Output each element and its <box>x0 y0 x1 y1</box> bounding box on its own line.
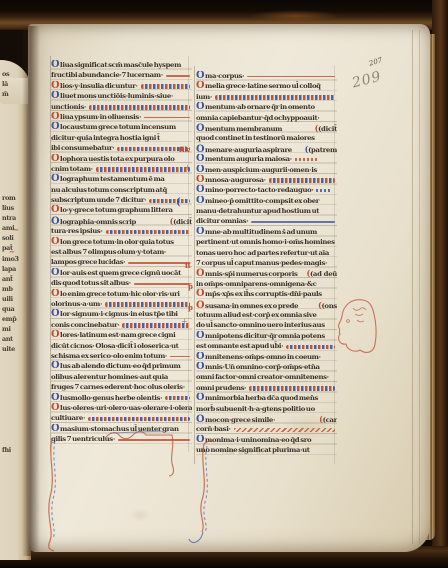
line-filler <box>144 117 190 119</box>
entry-text: mnis·sp̄i numerus corporis <box>205 269 298 278</box>
decorated-initial: O <box>196 301 205 310</box>
decorated-initial: O <box>51 122 60 132</box>
text-line: Omnimorbia herba dc̄a quod men̄s <box>196 393 337 403</box>
text-line: Olocaustum grece totum incensum <box>51 122 192 132</box>
text-line: Olor·auis est quem grece cignū uocāt <box>51 268 192 278</box>
text-line: manu·detrahuntur apud hostium ut <box>196 206 337 216</box>
text-line: Olor·signum·i·cignus·in eius tp̄e tibi <box>51 309 192 319</box>
line-filler <box>295 158 319 161</box>
line-filler <box>96 167 190 172</box>
text-line: Omen·auspicium·augurii·omen·is <box>196 165 337 175</box>
facing-page-text-fragment: ant̄ <box>2 274 26 284</box>
entry-text: 7 corpus ul̄ caput manus·pedes·magis· <box>196 258 327 268</box>
decorated-initial: O <box>196 102 205 112</box>
text-line: Omnitenens·om̄ps·omno in coeum· <box>196 352 337 362</box>
margin-mark: ~ <box>9 248 15 255</box>
entry-text: nu alcuius totum conscriptum atq̄ <box>51 185 167 195</box>
entry-text: dis quod totus sit albus· <box>51 278 131 288</box>
entry-text: omni prudens· <box>196 383 246 393</box>
text-line: dis quod totus sit albus· <box>51 278 192 288</box>
marginal-paraph: ((car <box>319 414 337 424</box>
text-line: Omentum membranum((dicit̄ <box>196 123 337 133</box>
text-line: lampos grece lucidas· <box>51 257 192 267</box>
text-line: Omnis·sp̄i numerus corporis((ad deū <box>196 268 337 278</box>
text-line: do ul̄ sancto·omnino uero interius aus <box>196 320 337 330</box>
text-line: tonas uero hoc ad partes refertur·ut aīa <box>196 248 337 258</box>
line-filler <box>134 283 190 285</box>
text-line: subscriptum unde 7 dicitur· <box>51 195 192 205</box>
entry-text: locaustum grece totum incensum <box>60 122 176 132</box>
entry-text: unctionis· <box>51 102 86 112</box>
entry-text: mentum·ab ornare q̄r in omento <box>205 102 315 112</box>
entry-text: liua significat scm̄ masc̄ule hyspem <box>60 60 181 70</box>
facing-page-text-fragment: fhi <box>2 445 26 455</box>
text-line: tura·res ipsius· <box>51 226 192 236</box>
line-filler <box>122 323 190 328</box>
entry-text: mne·ab multitudinem s̄ ad unum <box>205 227 317 237</box>
entry-text: fructibi abundancie·7 lucernam· <box>51 70 163 80</box>
entry-text: mnis·Un̄ omnino·corp̄·om̄ps·etn̄a <box>205 362 320 372</box>
page-fold-line <box>419 30 420 544</box>
entry-text: lo·y·grece totum graphum littera <box>60 205 173 215</box>
facing-page-text-fragment: mb <box>2 284 26 294</box>
entry-text: mentum membranum <box>205 124 282 133</box>
entry-text: susana·in omnes ex o prede <box>205 301 298 310</box>
entry-text: omnia capiebantur·q̄d ochyppoauit· <box>196 113 319 123</box>
entry-text: dicitur omnias· <box>196 216 248 226</box>
entry-text: conis concinebatur· <box>51 320 119 330</box>
entry-text: mocon·grece simile· <box>205 415 275 424</box>
line-filler <box>105 302 190 307</box>
text-line: Omineo·p̄ omittito·compsit ex ober <box>196 196 337 206</box>
decorated-initial: O <box>51 81 60 91</box>
entry-text: lios·y·insulia dicuntur· <box>60 81 138 91</box>
text-line: cnim totam· <box>51 164 192 174</box>
text-line: Oliua significat scm̄ masc̄ule hyspem <box>51 60 192 70</box>
decorated-initial: O <box>196 165 205 175</box>
decorated-initial: O <box>196 196 205 206</box>
entry-text: cnim totam· <box>51 164 93 174</box>
decorated-initial: O <box>196 185 205 195</box>
facing-page-text-fragment: ntra <box>2 213 26 223</box>
decorated-initial: O <box>51 361 60 371</box>
entry-text: mineo·p̄ omittito·compsit ex ober <box>205 196 319 206</box>
text-line: Omentum·ab ornare q̄r in omento <box>196 102 337 112</box>
margin-mark: p̄ <box>188 283 193 290</box>
entry-text: tura·res ipsius· <box>51 226 103 236</box>
decorated-initial: O <box>196 71 205 81</box>
decorated-initial: O <box>196 352 205 362</box>
text-line: cultiuare· <box>51 413 192 423</box>
text-line: omni prudens· <box>196 383 337 393</box>
entry-text: liuet mons unctiōis·luminis·siue· <box>60 91 173 101</box>
line-filler <box>89 105 190 110</box>
margin-mark: ~ <box>13 226 19 233</box>
facing-page-text-fragment: emp̄ <box>2 314 26 324</box>
text-line: Omp̄s·xp̄s ex ih̄s corruptis·dn̄i·pauls <box>196 289 337 299</box>
text-line: in om̄ps·omniparens·omnigena·&c <box>196 279 337 289</box>
paraph-text: (dicit̄ <box>173 218 192 226</box>
text-line: Oma·corpus· <box>196 71 337 81</box>
decorated-initial: O <box>51 403 60 413</box>
entry-text: omni factor·omni creator·omnitenens· <box>196 372 329 382</box>
entry-text: lusmollo·genus herbe olentis· <box>60 393 162 403</box>
text-line: omni factor·omni creator·omnitenens· <box>196 372 337 382</box>
text-line: Omentum auguria maiosa· <box>196 154 337 164</box>
text-line: Omelia grece·latine sermo ul̄ colloq̄ <box>196 81 337 91</box>
entry-text: manu·detrahuntur apud hostium ut <box>196 206 319 216</box>
decorated-initial: O <box>196 145 205 154</box>
entry-text: dicūt cicnos· Olosa·dicit̄ ī oloserica·u… <box>51 341 179 351</box>
decorated-initial: O <box>51 217 60 226</box>
facing-page-text-fragment: lius <box>2 203 26 213</box>
line-filler <box>128 262 190 264</box>
entry-text: lores·latinum est·nam grece cigni <box>60 330 175 340</box>
facing-page-text-fragment: qua <box>2 304 26 314</box>
entry-text: melia grece·latine sermo ul̄ colloq̄ <box>205 81 321 91</box>
entry-text: mnosa·augurosa· <box>205 175 266 185</box>
line-filler <box>106 230 190 235</box>
decorated-initial: O <box>51 393 60 403</box>
line-filler <box>249 386 335 391</box>
text-line: fructibi abundancie·7 lucernam· <box>51 70 192 80</box>
line-filler <box>166 75 190 77</box>
paraph-text: (patrem <box>308 146 337 154</box>
entry-text: lus ab alendo dictum·eo q̄d primum <box>60 361 180 371</box>
pen-flourish-left-column <box>40 425 180 555</box>
page-fold-line <box>412 30 413 544</box>
text-line: Olus·oleres·uri·olero·uas·olerare·i·oler… <box>51 403 192 413</box>
entry-text: tonas uero hoc ad partes refertur·ut aīa <box>196 248 329 258</box>
text-line: Olon grece totum·in olor quia totus <box>51 237 192 247</box>
text-line: corn̄·basi· <box>196 424 337 434</box>
line-filler <box>165 396 190 401</box>
text-line: Olusmollo·genus herbe olentis· <box>51 393 192 403</box>
decorated-initial: O <box>51 112 60 122</box>
facing-page-text-fragment: ant <box>2 334 26 344</box>
facing-page-text-fragment: os <box>2 69 26 79</box>
text-line: olibus alerentur homines·aut quia <box>51 372 192 382</box>
facing-page-text-fragment: lā <box>2 79 26 89</box>
entry-text: est albus 7 olimpus olum·y·totam· <box>51 247 166 257</box>
text-line: est omnante est apud ub̄i· <box>196 341 337 351</box>
decorated-initial: O <box>51 237 60 247</box>
text-line: schisma ex serico·olo enim totum· <box>51 351 192 361</box>
text-line: Olographum testamentum ē ma <box>51 174 192 184</box>
text-line: ium· <box>196 92 337 102</box>
facing-page-fragments: romliusntraamisolipat̄imo3lapaant̄mbuili… <box>2 193 26 355</box>
paraph-text: (car <box>323 416 337 424</box>
margin-mark: ( <box>176 198 181 208</box>
entry-text: olorinus·a·um· <box>51 299 102 309</box>
decorated-initial: O <box>51 309 60 319</box>
entry-text: cultiuare· <box>51 413 85 423</box>
entry-text: mino·porrecto·tacto·redauguo· <box>205 185 313 195</box>
decorated-initial: O <box>196 331 205 341</box>
text-line: ibi consumebatur· <box>51 143 192 153</box>
line-filler <box>149 199 190 204</box>
margin-mark: iſ <box>185 262 191 269</box>
decorated-initial: O <box>51 205 60 215</box>
entry-text: mp̄s·xp̄s ex ih̄s corruptis·dn̄i·pauls <box>205 289 322 299</box>
text-line: Olios·y·insulia dicuntur· <box>51 81 192 91</box>
facing-page-text-fragment: uili <box>2 294 26 304</box>
text-line: unctionis· <box>51 102 192 112</box>
decorated-initial: O <box>196 269 205 278</box>
entry-text: lophora uestis tota ex purpura olo <box>60 154 174 164</box>
decorated-initial: O <box>196 154 205 164</box>
margin-mark: ſik <box>179 146 190 153</box>
decorated-initial: O <box>196 289 205 299</box>
entry-text: pertinent·ut omnis homo·i·om̄s homines <box>196 237 335 247</box>
entry-text: lampos grece lucidas· <box>51 257 125 267</box>
text-line: dicitur·quia integra hostia igni t̄ <box>51 133 192 143</box>
text-line: conis concinebatur· <box>51 320 192 330</box>
entry-text: lus·oleres·uri·olero·uas·olerare·i·olera <box>60 403 192 413</box>
facing-page-text-fragment: uite <box>2 344 26 354</box>
entry-text: morb̄ subuenit·h·a·gtens politio uo <box>196 404 315 414</box>
text-line: Olo·y·grece totum graphum littera <box>51 205 192 215</box>
facing-page-fragments-top: oslām̄ <box>2 69 26 99</box>
ruling-line-vertical <box>194 66 195 464</box>
entry-text: in om̄ps·omniparens·omnigena·&c <box>196 279 317 289</box>
entry-text: lo enim grece totum·hic olor·ris·uri <box>60 289 180 299</box>
text-line: fruges 7 carnes ederent·hoc olus oleris· <box>51 382 192 392</box>
line-filler <box>141 84 190 89</box>
text-line: dicūt cicnos· Olosa·dicit̄ ī oloserica·u… <box>51 341 192 351</box>
profile-head-doodle <box>333 296 381 358</box>
entry-text: menare·auguria aspirare <box>205 145 292 154</box>
margin-mark: + <box>181 318 188 326</box>
decorated-initial: O <box>196 415 205 424</box>
entry-text: mentum auguria maiosa· <box>205 154 292 164</box>
entry-text: est omnante est apud ub̄i· <box>196 341 283 351</box>
facing-page-text-fragment: soli <box>2 233 26 243</box>
marginal-paraph: ((patrem <box>305 144 337 154</box>
line-filler <box>286 345 335 350</box>
entry-text: liua ypsum·in oliuensis· <box>60 112 141 122</box>
marginal-paraph: ((ad deū <box>306 268 337 278</box>
entry-text: mnitenens·om̄ps·omno in coeum· <box>205 352 321 362</box>
entry-text: lor·auis est quem grece cignū uocāt <box>60 268 181 278</box>
entry-text: ma·corpus· <box>205 71 244 81</box>
text-column-right: Oma·corpus·Omelia grece·latine sermo ul̄… <box>196 71 337 455</box>
entry-text: ium· <box>196 92 212 102</box>
line-filler <box>215 95 335 100</box>
decorated-initial: O <box>196 227 205 237</box>
entry-text: dicitur·quia integra hostia igni t̄ <box>51 133 160 143</box>
binding-highlight <box>250 10 340 22</box>
text-line: Olores·latinum est·nam grece cigni <box>51 330 192 340</box>
decorated-initial: O <box>196 175 205 185</box>
entry-text: subscriptum unde 7 dicitur· <box>51 195 146 205</box>
entry-text: olibus alerentur homines·aut quia <box>51 372 168 382</box>
decorated-initial: O <box>196 81 205 91</box>
line-filler <box>251 221 335 223</box>
entry-text: mnipotens dicitur·q̄r omnia potens <box>205 331 325 341</box>
decorated-initial: O <box>51 268 60 278</box>
line-filler <box>170 356 190 358</box>
entry-text: totuum aliud est·corp̄ ex omnia sive <box>196 310 317 320</box>
entry-text: mnimorbia herba dc̄a quod men̄s <box>205 393 318 403</box>
facing-page-fragments-bottom: fhi <box>2 445 26 455</box>
decorated-initial: O <box>51 91 60 101</box>
line-filler <box>247 76 335 78</box>
text-line: quod continet in testinorū maiores <box>196 133 337 143</box>
text-line: 7 corpus ul̄ caput manus·pedes·magis· <box>196 258 337 268</box>
text-line: Omino·porrecto·tacto·redauguo· <box>196 185 337 195</box>
entry-text: lor·signum·i·cignus·in eius tp̄e tibi <box>60 309 178 319</box>
decorated-initial: O <box>51 330 60 340</box>
line-filler <box>269 178 335 183</box>
text-line: nu alcuius totum conscriptum atq̄ <box>51 185 192 195</box>
text-line: omnia capiebantur·q̄d ochyppoauit· <box>196 113 337 123</box>
decorated-initial: O <box>51 154 60 164</box>
entry-text: lographia·omnis scrip <box>60 217 136 226</box>
marginal-paraph: ((dicit̄ <box>315 123 337 133</box>
decorated-initial: O <box>51 289 60 299</box>
facing-page-text-fragment: mi <box>2 324 26 334</box>
entry-text: lon grece totum·in olor quia totus <box>60 237 174 247</box>
decorated-initial: O <box>51 60 60 70</box>
entry-text: lographum testamentum ē ma <box>60 174 164 184</box>
text-column-left: Oliua significat scm̄ masc̄ule hyspemfru… <box>51 60 192 444</box>
ink-offset-smudge: ttm nttr htt <box>222 449 269 456</box>
pen-flourish-right-column <box>182 438 222 550</box>
marginal-paraph: ((dicit̄ <box>170 216 192 226</box>
text-line: pertinent·ut omnis homo·i·om̄s homines <box>196 237 337 247</box>
text-line: Omnipotens dicitur·q̄r omnia potens <box>196 331 337 341</box>
entry-text: men·auspicium·augurii·omen·is <box>205 165 317 175</box>
decorated-initial: O <box>196 124 205 133</box>
text-line: Osusana·in omnes ex o prede((ons <box>196 300 337 310</box>
text-line: Olus ab alendo dictum·eo q̄d primum <box>51 361 192 371</box>
text-line: morb̄ subuenit·h·a·gtens politio uo <box>196 404 337 414</box>
text-line: est albus 7 olimpus olum·y·totam· <box>51 247 192 257</box>
entry-text: do ul̄ sancto·omnino uero interius aus <box>196 320 325 330</box>
text-line: Olo enim grece totum·hic olor·ris·uri <box>51 289 192 299</box>
line-filler <box>88 417 190 422</box>
manuscript-photo: Oliua significat scm̄ masc̄ule hyspemfru… <box>0 0 448 568</box>
decorated-initial: O <box>51 174 60 184</box>
decorated-initial: O <box>196 393 205 403</box>
text-line: Oliuet mons unctiōis·luminis·siue· <box>51 91 192 101</box>
text-line: olorinus·a·um· <box>51 299 192 309</box>
text-line: Omnis·Un̄ omnino·corp̄·om̄ps·etn̄a <box>196 362 337 372</box>
line-filler <box>316 189 332 192</box>
text-line: Omne·ab multitudinem s̄ ad unum <box>196 227 337 237</box>
margin-mark: + <box>184 164 191 172</box>
paraph-text: (dicit̄ <box>318 125 337 133</box>
text-line: Omnosa·augurosa· <box>196 175 337 185</box>
paraph-text: (ad deū <box>310 270 337 278</box>
entry-text: quod continet in testinorū maiores <box>196 133 315 143</box>
text-line: Omenare·auguria aspirare((patrem <box>196 144 337 154</box>
facing-page-text-fragment: rom <box>2 193 26 203</box>
text-line: Olophora uestis tota ex purpura olo <box>51 154 192 164</box>
entry-text: ibi consumebatur· <box>51 143 114 153</box>
entry-text: corn̄·basi· <box>196 424 231 434</box>
entry-text: schisma ex serico·olo enim totum· <box>51 351 167 361</box>
facing-page-text-fragment: m̄ <box>2 89 26 99</box>
text-line: totuum aliud est·corp̄ ex omnia sive <box>196 310 337 320</box>
text-line: Omocon·grece simile·((car <box>196 414 337 424</box>
line-filler <box>234 428 335 433</box>
entry-text: fruges 7 carnes ederent·hoc olus oleris· <box>51 382 185 392</box>
margin-mark: p <box>188 304 193 311</box>
text-line: Oliua ypsum·in oliuensis· <box>51 112 192 122</box>
text-line: Olographia·omnis scrip((dicit̄ <box>51 216 192 226</box>
facing-page-text-fragment: lapa <box>2 264 26 274</box>
text-line: dicitur omnias· <box>196 216 337 226</box>
decorated-initial: O <box>196 362 205 372</box>
